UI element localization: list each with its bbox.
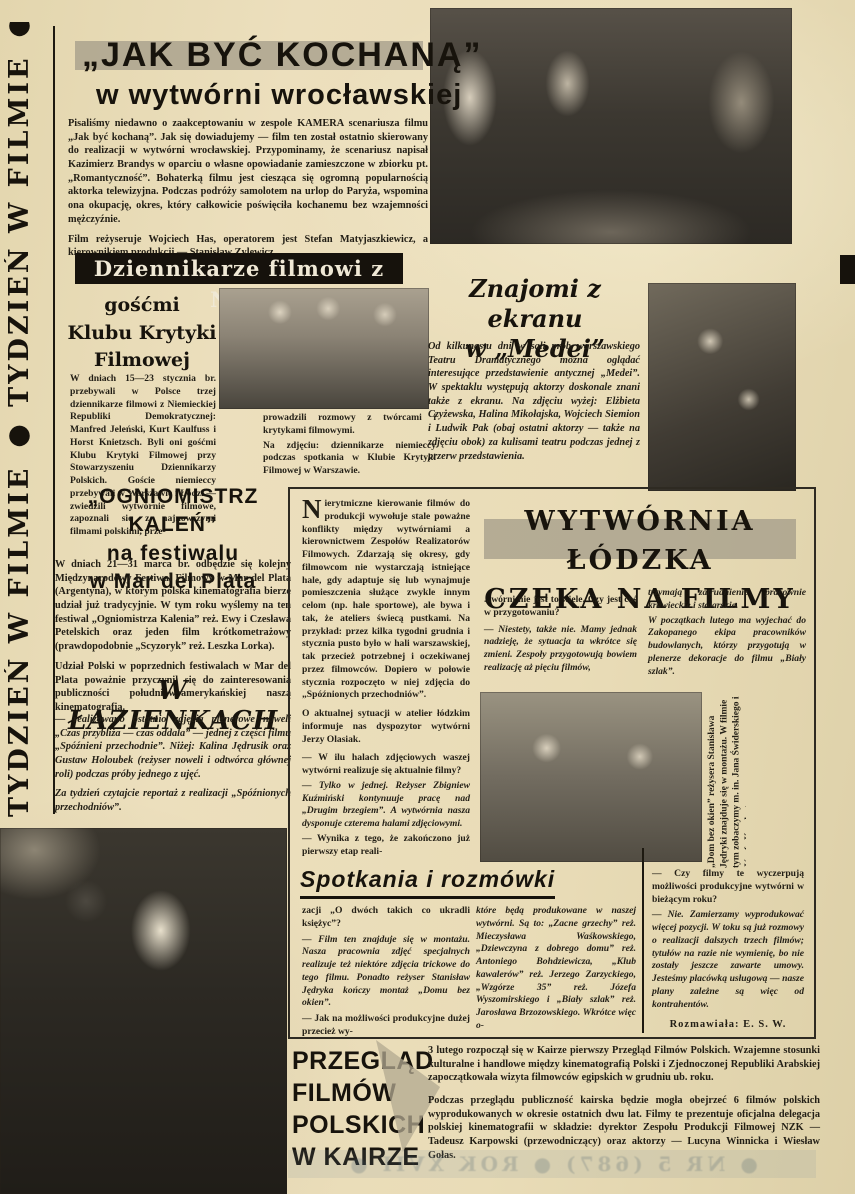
paragraph: 3 lutego rozpoczął się w Kairze pierwszy… <box>428 1044 820 1085</box>
interview-answer: — Niestety, także nie. Mamy jednak nadzi… <box>484 624 637 675</box>
paragraph: Pisaliśmy niedawno o zaakceptowaniu w ze… <box>68 117 428 227</box>
article-kochana-body: Pisaliśmy niedawno o zaakceptowaniu w ze… <box>68 117 428 266</box>
photo-nrd-journalists <box>219 288 429 409</box>
headline-wytwornia-wroclawska: w wytwórni wrocławskiej <box>96 79 462 112</box>
interview-answer: — Nie. Zamierzamy wyprodukować więcej po… <box>652 909 804 1011</box>
headline-spotkania-wrap: Spotkania i rozmówki <box>300 866 555 899</box>
spotkania-col2: które będą produkowane w naszej wytwórni… <box>476 905 636 1033</box>
photo-caption-vertical-wrap: „Dom bez okien” reżysera Stanisława Jędr… <box>706 688 746 868</box>
sidebar-strip: TYDZIEŃ W FILMIE ● TYDZIEŃ W FILMIE ● TY… <box>4 22 50 817</box>
column-divider-rule <box>642 848 644 1033</box>
spotkania-col1: zacji „O dwóch takich co ukradli księżyc… <box>302 905 470 1045</box>
showthrough-text: ● NR 5 (687) ● ROK XVII ● <box>288 1150 816 1176</box>
headline-jak-byc-kochana: „JAK BYĆ KOCHANĄ” <box>82 36 482 75</box>
sidebar-strip-text: TYDZIEŃ W FILMIE ● TYDZIEŃ W FILMIE ● TY… <box>4 22 35 817</box>
article-nrd-col2: prowadzili rozmowy z twórcami i krytykam… <box>263 412 436 484</box>
interview-col-a: ...wórni nie jest to wiele. Czy jest coś… <box>484 594 637 681</box>
paragraph: W początkach lutego ma wyjechać do Zakop… <box>648 615 806 679</box>
interview-answer: — Tylko w jednej. Reżyser Zbigniew Kuźmi… <box>302 780 470 831</box>
paragraph: trzymają zatrudnienie pracownie krawieck… <box>648 587 806 613</box>
paragraph: ...wórni nie jest to wiele. Czy jest coś… <box>484 594 637 620</box>
photo-dom-bez-okien <box>480 692 702 862</box>
headline-spotkania: Spotkania i rozmówki <box>300 866 555 899</box>
paragraph: Na zdjęciu: dziennikarze niemieccy podcz… <box>263 440 436 478</box>
paragraph: — realizowano ostatnio zdjęcia plenerowe… <box>55 713 291 781</box>
article-lazienki-body: — realizowano ostatnio zdjęcia plenerowe… <box>55 713 291 821</box>
photo-caption-vertical: „Dom bez okien” reżysera Stanisława Jędr… <box>706 688 746 868</box>
paragraph: W dniach 21—31 marca br. odbędzie się ko… <box>55 558 291 654</box>
interview-answer: — Film ten znajduje się w montażu. Nasza… <box>302 934 470 1011</box>
spotkania-col3: — Czy filmy te wyczerpują możliwości pro… <box>652 868 804 1038</box>
interview-col-b: trzymają zatrudnienie pracownie krawieck… <box>648 587 806 684</box>
edge-black-block <box>840 255 855 284</box>
paragraph: O aktualnej sytuacji w atelier łódzkim i… <box>302 708 470 746</box>
interview-signoff: Rozmawiała: E. S. W. <box>652 1018 804 1032</box>
interview-question: — W ilu halach zdjęciowych waszej wytwór… <box>302 752 470 778</box>
interview-question: — Jak na możliwości produkcyjne dużej pr… <box>302 1013 470 1039</box>
showthrough-band: ● NR 5 (687) ● ROK XVII ● <box>288 1150 816 1178</box>
headline-dziennikarze-nrd: Dziennikarze filmowi z NRD <box>75 253 403 284</box>
interview-middle-column: Nierytmiczne kierowanie filmów do produk… <box>302 498 470 864</box>
interview-question: — Wynika z tego, że zakończono już pierw… <box>302 833 470 859</box>
interview-question: — Czy filmy te wyczerpują możliwości pro… <box>652 868 804 906</box>
photo-jedrusik-holoubek <box>0 828 287 1194</box>
article-medei-body: Od kilkunastu dni w sali prób warszawski… <box>428 340 640 463</box>
newspaper-page: TYDZIEŃ W FILMIE ● TYDZIEŃ W FILMIE ● TY… <box>0 0 855 1194</box>
photo-jak-byc-kochana-scene <box>430 8 792 244</box>
paragraph: zacji „O dwóch takich co ukradli księżyc… <box>302 905 470 931</box>
photo-medei-backstage <box>648 283 796 491</box>
headline-goscmi-klubu: gośćmi Klubu Krytyki Filmowej <box>66 292 218 375</box>
paragraph: Za tydzień czytajcie reportaż z realizac… <box>55 787 291 814</box>
paragraph: Nierytmiczne kierowanie filmów do produk… <box>302 498 470 702</box>
paragraph: prowadzili rozmowy z twórcami i krytykam… <box>263 412 436 438</box>
